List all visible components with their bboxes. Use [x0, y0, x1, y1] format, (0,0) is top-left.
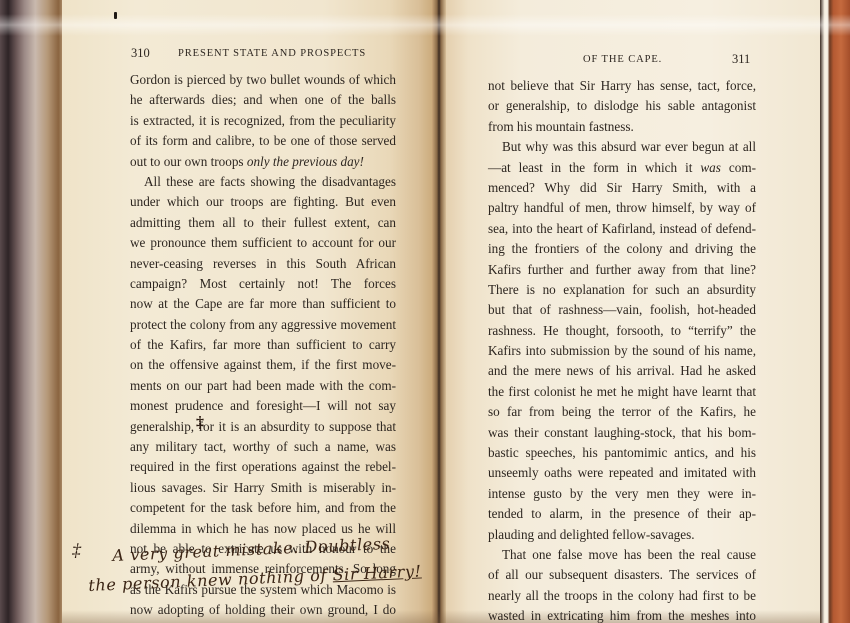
text-line: competent for the task before him, and f… — [130, 498, 396, 518]
handwritten-note-underlined-name: Sir Harry! — [332, 561, 422, 584]
text-line: is extracted, it is recognized, from the… — [130, 111, 396, 131]
text-line: Kafirs into submission by the sound of h… — [488, 341, 756, 361]
left-page-number: 310 — [131, 46, 150, 61]
text-line: was their constant laughing-stock, that … — [488, 423, 756, 443]
text-line: he afterwards dies; and when one of the … — [130, 90, 396, 110]
text-line: monest prudence and foresight—I will not… — [130, 396, 396, 416]
text-line: but that of rashness—vain, foolish, hot-… — [488, 300, 756, 320]
text-line: lious savages. Sir Harry Smith is misera… — [130, 478, 396, 498]
text-line: campaign? Most certainly not! The forces — [130, 274, 396, 294]
ink-speck — [114, 12, 117, 19]
text-line: But why was this absurd war ever begun a… — [488, 137, 756, 157]
text-line: now adopting of holding their own ground… — [130, 600, 396, 620]
text-line: or generalship, to dislodge his sable an… — [488, 96, 756, 116]
text-line: tended to alarm, in the presence of thei… — [488, 504, 756, 524]
text-line: the first colonist he met he might have … — [488, 382, 756, 402]
text-line: nearly all the troops in the colony had … — [488, 586, 756, 606]
left-book-edge — [0, 0, 68, 623]
footnote-dagger-mark: ‡ — [196, 414, 204, 432]
text-line: wasted in extricating him from the meshe… — [488, 606, 756, 623]
text-line: There is no explanation for such an absu… — [488, 280, 756, 300]
text-line: so far from being the terror of the Kafi… — [488, 402, 756, 422]
text-line: required in the first operations against… — [130, 457, 396, 477]
text-line: generalship, for it is an absurdity to s… — [130, 417, 396, 437]
text-line: menced? Why did Sir Harry Smith, with a — [488, 178, 756, 198]
text-line: paltry handful of men, throw himself, by… — [488, 198, 756, 218]
text-line: All these are facts showing the disadvan… — [130, 172, 396, 192]
text-line: intense gusto by the very men they were … — [488, 484, 756, 504]
right-book-cover-edge — [820, 0, 850, 623]
text-line: unseemly oaths were repeated and imitate… — [488, 463, 756, 483]
text-line: —at least in the form in which it was co… — [488, 158, 756, 178]
right-running-head: OF THE CAPE. — [583, 54, 662, 65]
text-line: That one false move has been the real ca… — [488, 545, 756, 565]
text-line: from his mountain fastness. — [488, 117, 756, 137]
text-line: under which our troops are fighting. But… — [130, 192, 396, 212]
text-line: and the mere news of his arrival. Had he… — [488, 361, 756, 381]
text-line: protect the colony from any aggressive m… — [130, 315, 396, 335]
text-line: now at the Cape are far more than suffic… — [130, 294, 396, 314]
text-line: admitting them all to their fullest exte… — [130, 213, 396, 233]
scan-glare — [0, 14, 850, 36]
left-running-head: PRESENT STATE AND PROSPECTS — [178, 48, 366, 59]
text-line: Kafirs further and further away from tha… — [488, 260, 756, 280]
right-page-body: not believe that Sir Harry has sense, ta… — [488, 76, 756, 623]
book-spread-scan: 310 PRESENT STATE AND PROSPECTS Gordon i… — [0, 0, 850, 623]
marginal-note-mark: ‡ — [72, 540, 81, 561]
text-line: never-ceasing reverses in this South Afr… — [130, 254, 396, 274]
text-line: rashness. He thought, forsooth, to “terr… — [488, 321, 756, 341]
text-line: on the offensive against them, if the fi… — [130, 355, 396, 375]
text-line: of all our subsequent disasters. The ser… — [488, 565, 756, 585]
text-line: of its form and calibre, to be one of th… — [130, 131, 396, 151]
text-line: any military tact, worthy of such a name… — [130, 437, 396, 457]
text-line: out to our own troops only the previous … — [130, 152, 396, 172]
right-page-number: 311 — [732, 52, 750, 67]
text-line: ments on our part had been made with the… — [130, 376, 396, 396]
text-line: plauding and delighted fellow-savages. — [488, 525, 756, 545]
text-line: of the Kafirs, far more than sufficient … — [130, 335, 396, 355]
text-line: sea, into the heart of Kafirland, instea… — [488, 219, 756, 239]
book-gutter — [432, 0, 446, 623]
text-line: ing the frontiers of the colony and driv… — [488, 239, 756, 259]
text-line: we pronounce them sufficient to account … — [130, 233, 396, 253]
text-line: not believe that Sir Harry has sense, ta… — [488, 76, 756, 96]
text-line: Gordon is pierced by two bullet wounds o… — [130, 70, 396, 90]
text-line: bastic speeches, his pantomimic antics, … — [488, 443, 756, 463]
